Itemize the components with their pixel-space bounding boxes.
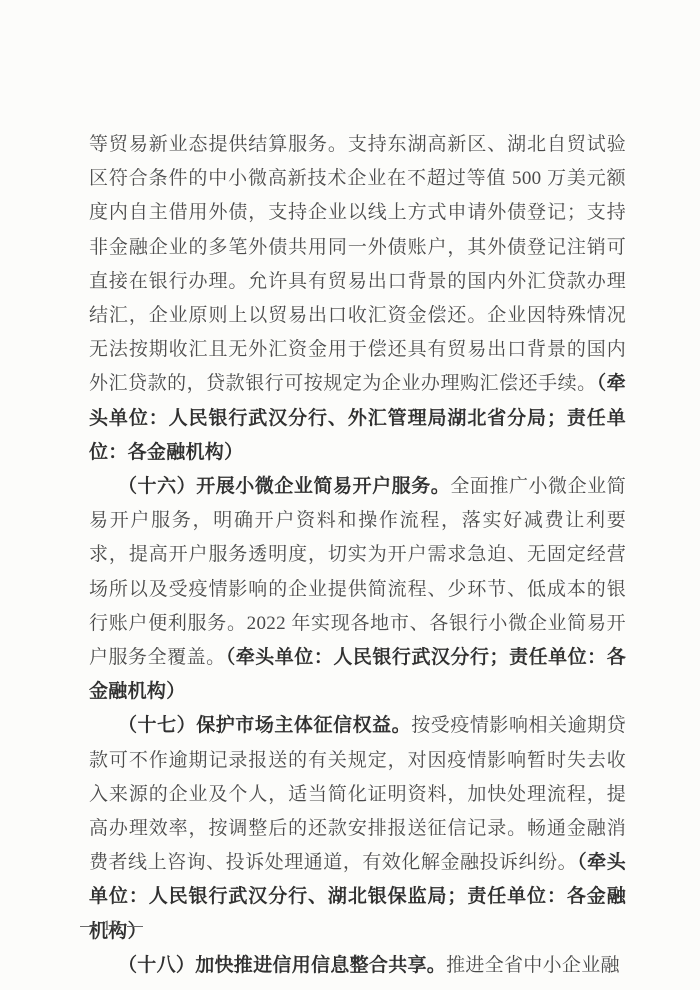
document-page: 等贸易新业态提供结算服务。支持东湖高新区、湖北自贸试验区符合条件的中小微高新技术… <box>0 0 700 990</box>
page-number: 10 <box>103 918 120 935</box>
paragraph: 等贸易新业态提供结算服务。支持东湖高新区、湖北自贸试验区符合条件的中小微高新技术… <box>89 128 626 470</box>
footer-dash-right-icon <box>127 926 143 928</box>
emphasis-segment: （十八）加快推进信用信息整合共享。 <box>118 955 446 976</box>
emphasis-segment: （十七）保护市场主体征信权益。 <box>118 715 411 736</box>
footer-dash-left-icon <box>80 926 96 928</box>
emphasis-segment: （十六）开展小微企业简易开户服务。 <box>118 476 450 497</box>
paragraph: （十七）保护市场主体征信权益。按受疫情影响相关逾期贷款可不作逾期记录报送的有关规… <box>89 709 626 948</box>
text-segment: 全面推广小微企业简易开户服务，明确开户资料和操作流程，落实好减费让利要求，提高开… <box>89 476 626 668</box>
text-segment: 推进全省中小企业融 <box>446 955 620 976</box>
text-segment: 按受疫情影响相关逾期贷款可不作逾期记录报送的有关规定，对因疫情影响暂时失去收入来… <box>89 715 626 873</box>
page-footer: 10 <box>80 918 143 935</box>
text-segment: 等贸易新业态提供结算服务。支持东湖高新区、湖北自贸试验区符合条件的中小微高新技术… <box>89 134 626 394</box>
paragraph: （十六）开展小微企业简易开户服务。全面推广小微企业简易开户服务，明确开户资料和操… <box>89 470 626 709</box>
paragraph: （十八）加快推进信用信息整合共享。推进全省中小企业融 <box>89 949 626 983</box>
document-body: 等贸易新业态提供结算服务。支持东湖高新区、湖北自贸试验区符合条件的中小微高新技术… <box>89 128 626 983</box>
